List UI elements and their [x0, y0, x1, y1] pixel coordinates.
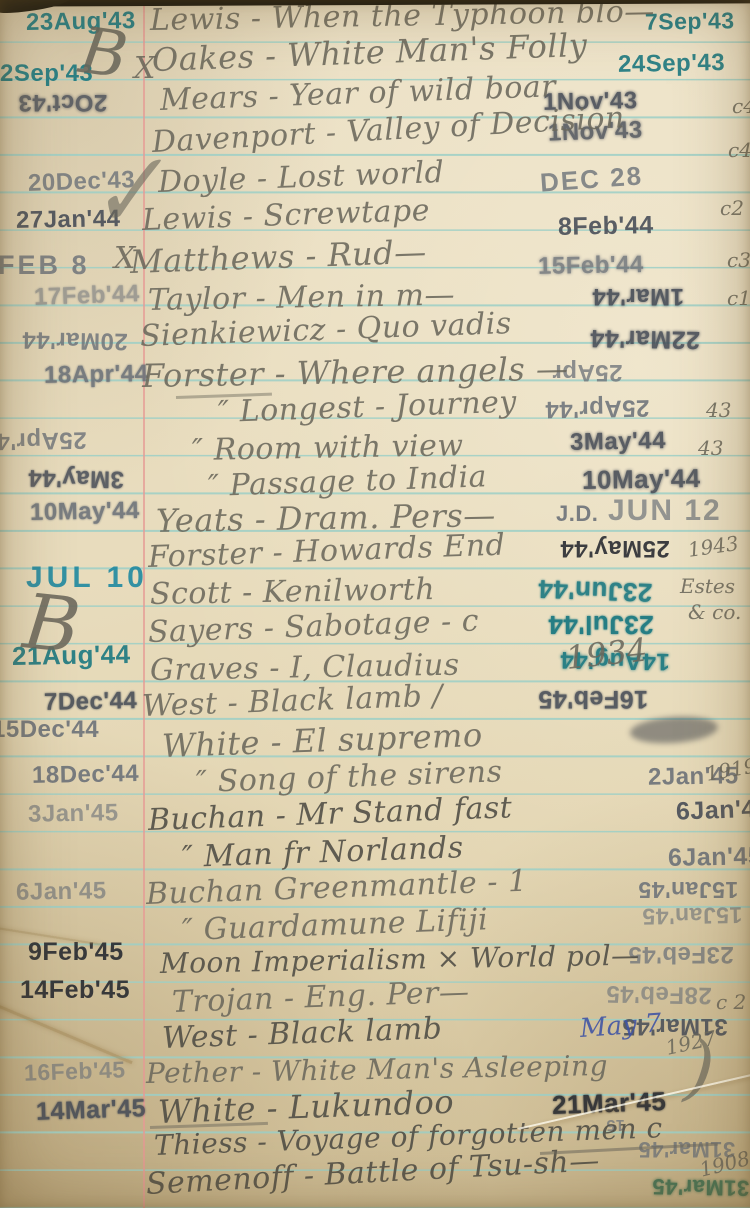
pencil-stroke [540, 1143, 718, 1155]
library-card: 23Aug'432Sep'432Oct'4320Dec'4327Jan'44FE… [0, 0, 750, 1208]
pencil-stroke [176, 393, 272, 399]
pencil-stroke [629, 714, 719, 746]
stroke-layer [0, 0, 750, 1208]
pencil-stroke [150, 1122, 268, 1129]
